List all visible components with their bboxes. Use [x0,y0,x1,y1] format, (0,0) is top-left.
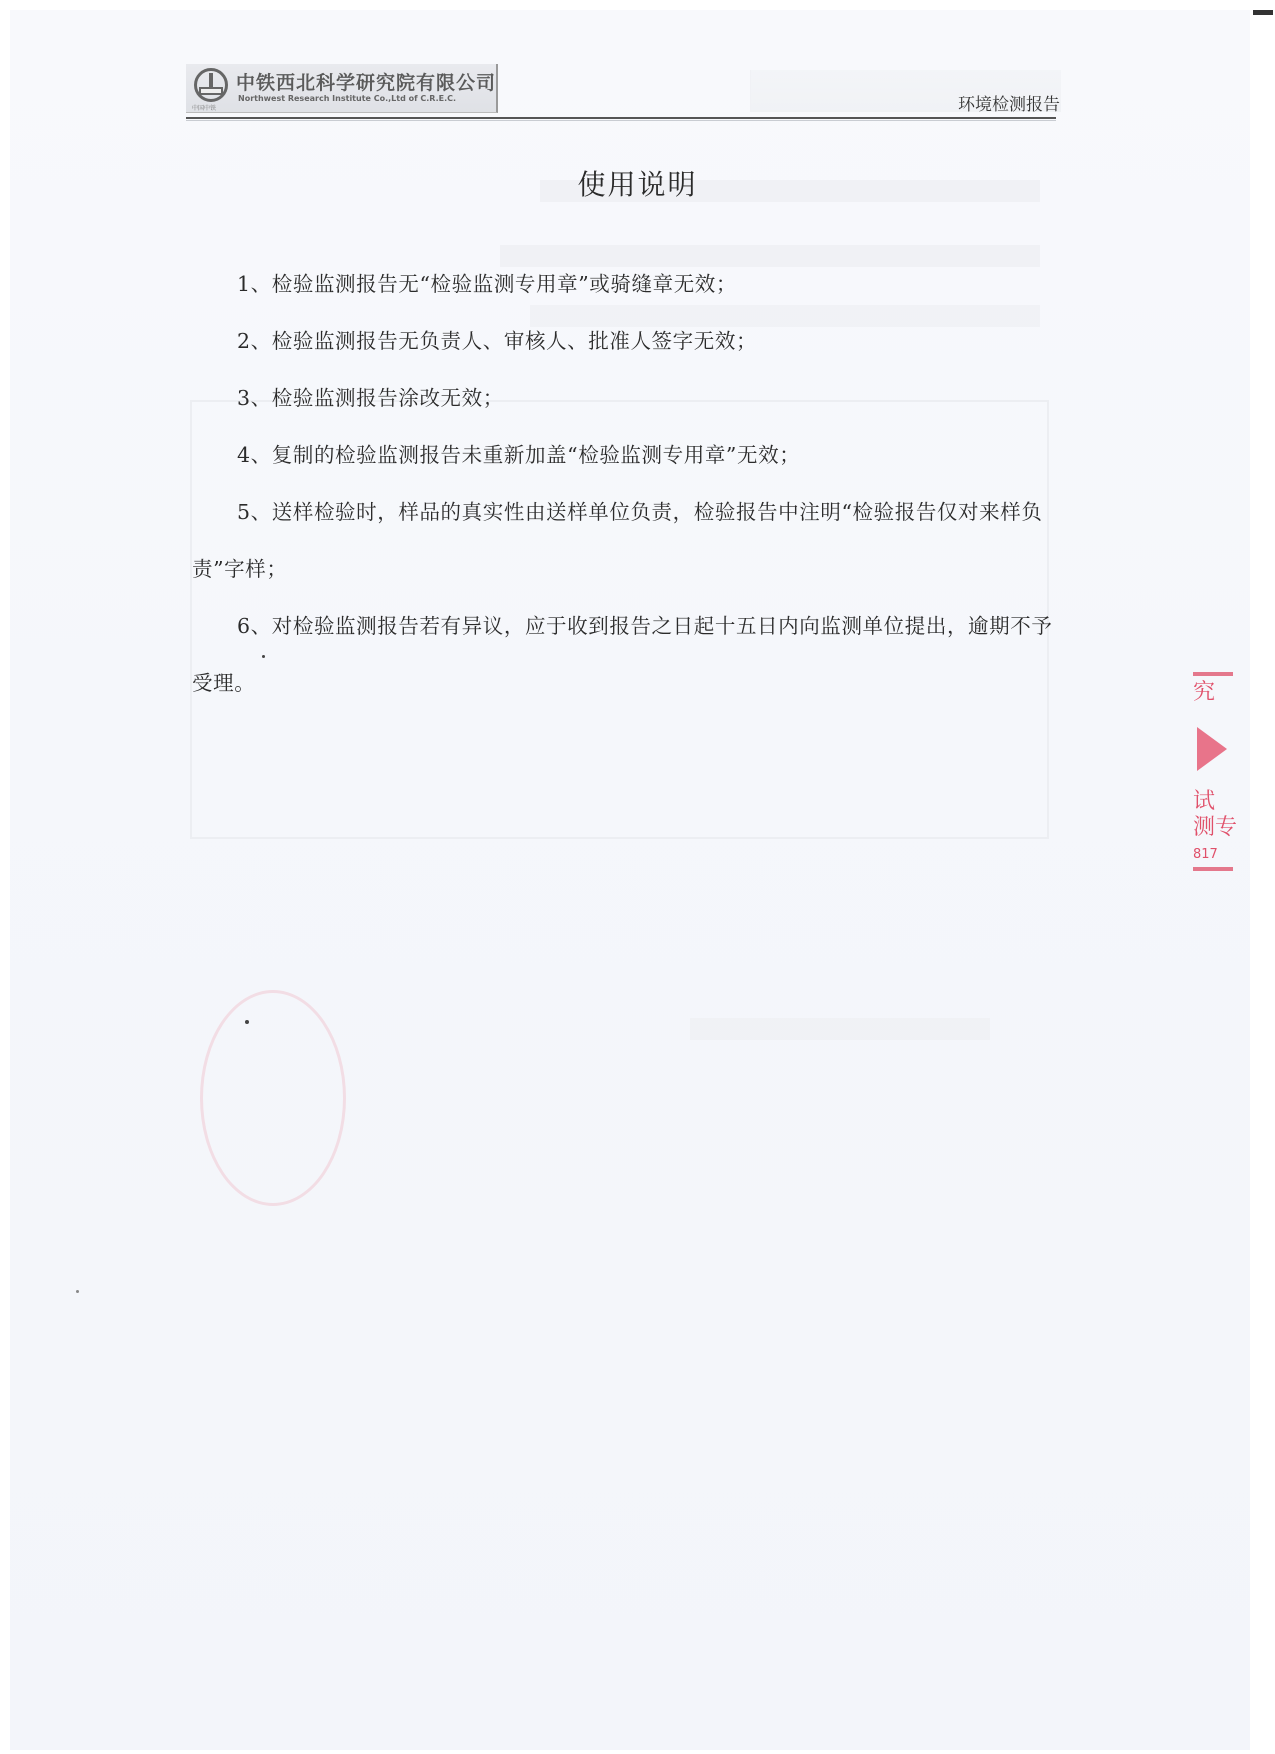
usage-item-5: 5、送样检验时，样品的真实性由送样单位负责，检验报告中注明“检验报告仅对来样负责… [192,484,1056,598]
usage-item-4: 4、复制的检验监测报告未重新加盖“检验监测专用章”无效； [192,427,1056,484]
usage-item-2: 2、检验监测报告无负责人、审核人、批准人签字无效； [192,313,1056,370]
scan-speck [76,1290,79,1293]
company-name-en: Northwest Research Institute Co.,Ltd of … [238,94,456,103]
star-icon [1197,727,1227,771]
perforation-seal-stamp: 究 试 测专 817 [1193,668,1238,918]
logo-caption: 中国中铁 [192,103,216,112]
usage-item-6: 6、对检验监测报告若有异议，应于收到报告之日起十五日内向监测单位提出，逾期不予受… [192,598,1056,712]
seal-char: 试 [1193,789,1238,814]
usage-item-3: 3、检验监测报告涂改无效； [192,370,1056,427]
bleed-through-line [690,1018,990,1040]
scan-speck [262,655,265,658]
company-name-cn: 中铁西北科学研究院有限公司 [236,68,496,95]
header-divider-shadow [186,120,1056,121]
scan-speck [245,1020,249,1024]
document-title: 使用说明 [0,163,1275,203]
header-divider [186,117,1056,119]
scan-edge-mark [1253,10,1273,15]
seal-char: 测专 [1193,815,1238,840]
report-type-label: 环境检测报告 [958,90,1060,115]
crec-emblem-icon [194,68,228,102]
company-logo-banner: 中国中铁 中铁西北科学研究院有限公司 Northwest Research In… [186,64,498,113]
seal-number: 817 [1193,848,1238,863]
seal-char: 究 [1193,680,1238,705]
usage-item-1: 1、检验监测报告无“检验监测专用章”或骑缝章无效； [192,256,1056,313]
bleed-through-seal [200,990,346,1206]
